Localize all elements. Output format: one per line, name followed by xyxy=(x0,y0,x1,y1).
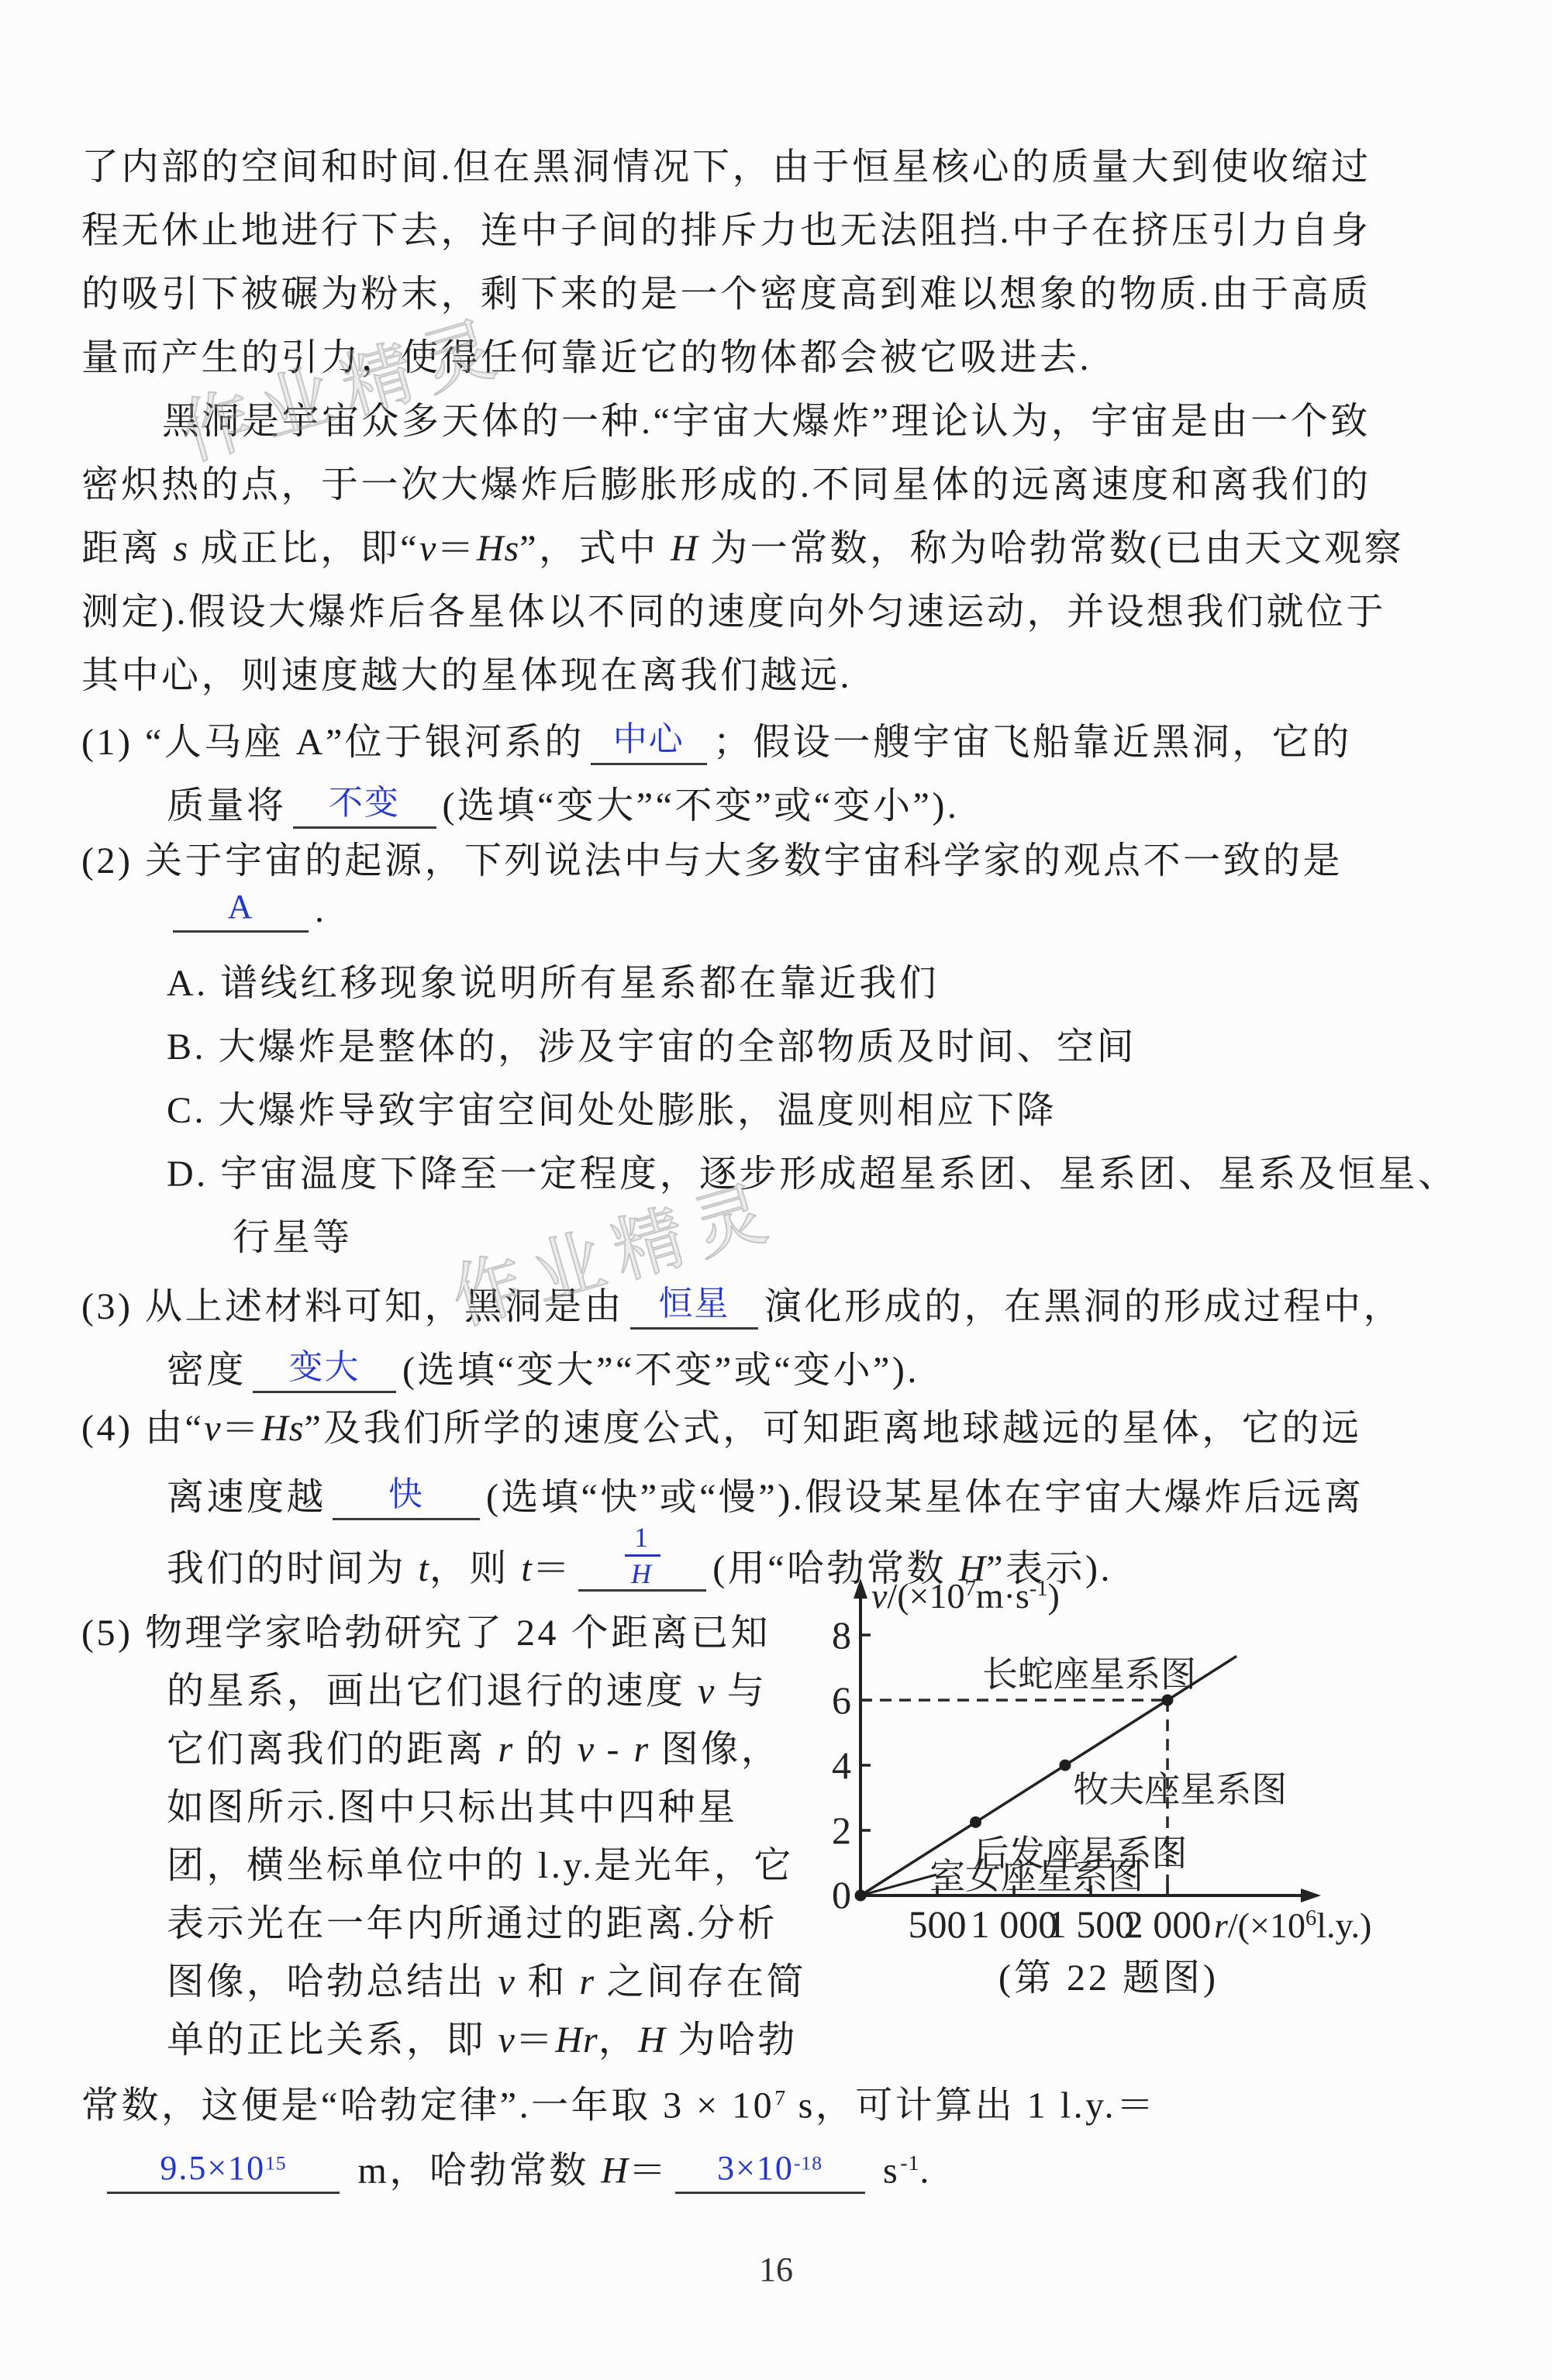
handwritten-answer: 恒星 xyxy=(630,1287,758,1321)
x-tick-label: 500 xyxy=(909,1902,967,1946)
answer-blank: 3×10-18 xyxy=(675,2144,865,2194)
question-4-line2: 离速度越快(选填“快”或“慢”).假设某星体在宇宙大爆炸后远离 xyxy=(167,1470,1364,1520)
chart-svg: 024685001 0001 5002 000v/(×107​m·s-1​)r/… xyxy=(822,1566,1399,1965)
data-point xyxy=(1059,1760,1071,1771)
question-5-line10: 9.5×1015 m，哈勃常数 H＝3×10-18 s-1. xyxy=(101,2141,932,2194)
question-5-line3: 它们离我们的距离 r 的 v - r 图像， xyxy=(167,1727,781,1772)
textbook-page: 了内部的空间和时间.但在黑洞情况下，由于恒星核心的质量大到使收缩过程无休止地进行… xyxy=(0,0,1552,2380)
question-5-line6: 表示光在一年内所通过的距离.分析 xyxy=(167,1902,778,1947)
handwritten-answer: 快 xyxy=(333,1478,480,1512)
hubble-chart: 024685001 0001 5002 000v/(×107​m·s-1​)r/… xyxy=(822,1566,1399,1965)
question-5-line2: 的星系，画出它们退行的速度 v 与 xyxy=(167,1669,767,1714)
para2-line4: 测定).假设大爆炸后各星体以不同的速度向外匀速运动，并设想我们就位于 xyxy=(81,590,1386,635)
question-1-line2: 质量将不变(选填“变大”“不变”或“变小”). xyxy=(167,778,959,829)
y-tick-label: 8 xyxy=(832,1613,851,1657)
handwritten-fraction-answer: 1H xyxy=(625,1523,660,1588)
question-5-line4: 如图所示.图中只标出其中四种星 xyxy=(167,1785,738,1830)
question-1-line1: (1) “人马座 A”位于银河系的中心；假设一艘宇宙飞船靠近黑洞，它的 xyxy=(81,715,1352,765)
data-point xyxy=(855,1890,867,1902)
para2-line2: 密炽热的点，于一次大爆炸后膨胀形成的.不同星体的远离速度和离我们的 xyxy=(81,463,1371,508)
handwritten-answer: 中心 xyxy=(591,723,707,757)
question-5-line8: 单的正比关系，即 v＝Hr，H 为哈勃 xyxy=(167,2018,798,2063)
question-2-answer-line: A. xyxy=(167,882,327,933)
handwritten-answer: A xyxy=(173,890,309,924)
option-a: A. 谱线红移现象说明所有星系都在靠近我们 xyxy=(167,961,939,1006)
galaxy-label: 牧夫座星系图 xyxy=(1073,1770,1287,1809)
chart-caption: (第 22 题图) xyxy=(876,1947,1341,2001)
y-axis-unit-label: v/(×107​m·s-1​) xyxy=(871,1576,1060,1616)
page-number: 16 xyxy=(0,2250,1552,2289)
option-d-line2: 行星等 xyxy=(233,1216,353,1261)
handwritten-answer: 3×10-18 xyxy=(675,2151,865,2185)
question-3-line1: (3) 从上述材料可知，黑洞是由恒星演化形成的，在黑洞的形成过程中， xyxy=(81,1279,1403,1330)
para1-line4: 量而产生的引力，使得任何靠近它的物体都会被它吸进去. xyxy=(81,336,1092,381)
answer-blank: 不变 xyxy=(293,778,436,829)
question-5-line7: 图像，哈勃总结出 v 和 r 之间存在简 xyxy=(167,1960,806,2005)
y-tick-label: 2 xyxy=(832,1809,851,1852)
answer-blank: 9.5×1015 xyxy=(107,2144,340,2194)
option-d: D. 宇宙温度下降至一定程度，逐步形成超星系团、星系团、星系及恒星、 xyxy=(167,1152,1458,1197)
handwritten-answer: 变大 xyxy=(253,1350,396,1385)
answer-blank: 1H xyxy=(578,1541,706,1592)
answer-blank: A xyxy=(173,882,309,933)
y-axis-arrow-icon xyxy=(854,1578,867,1599)
watermark: 作业精灵 xyxy=(167,289,517,480)
data-point xyxy=(1162,1695,1174,1706)
answer-blank: 变大 xyxy=(253,1343,396,1393)
y-tick-label: 0 xyxy=(832,1873,851,1916)
para1-line2: 程无休止地进行下去，连中子间的排斥力也无法阻挡.中子在挤压引力自身 xyxy=(81,209,1371,254)
x-tick-label: 1 500 xyxy=(1047,1902,1135,1946)
x-tick-label: 1 000 xyxy=(971,1902,1058,1946)
galaxy-label: 长蛇座星系图 xyxy=(982,1654,1196,1694)
option-b: B. 大爆炸是整体的，涉及宇宙的全部物质及时间、空间 xyxy=(167,1025,1136,1070)
virgo-leader-line xyxy=(860,1875,936,1895)
answer-blank: 恒星 xyxy=(630,1279,758,1330)
y-tick-label: 6 xyxy=(832,1678,851,1722)
x-axis-unit-label: r/(×106​l.y.) xyxy=(1214,1906,1371,1945)
question-5-line9: 常数，这便是“哈勃定律”.一年取 3 × 107 s，可计算出 1 l.y.＝ xyxy=(81,2076,1157,2129)
answer-blank: 中心 xyxy=(591,715,707,765)
para2-line1: 黑洞是宇宙众多天体的一种.“宇宙大爆炸”理论认为，宇宙是由一个致 xyxy=(162,399,1371,444)
data-point xyxy=(970,1816,981,1828)
x-tick-label: 2 000 xyxy=(1124,1902,1212,1946)
para2-line3: 距离 s 成正比，即“v＝Hs”，式中 H 为一常数，称为哈勃常数(已由天文观察 xyxy=(81,526,1404,571)
question-2-line1: (2) 关于宇宙的起源，下列说法中与大多数宇宙科学家的观点不一致的是 xyxy=(81,839,1343,884)
y-tick-label: 4 xyxy=(832,1744,851,1787)
para1-line3: 的吸引下被碾为粉末，剩下来的是一个密度高到难以想象的物质.由于高质 xyxy=(81,272,1371,317)
handwritten-answer: 不变 xyxy=(293,786,436,820)
option-c: C. 大爆炸导致宇宙空间处处膨胀，温度则相应下降 xyxy=(167,1088,1057,1133)
para1-line1: 了内部的空间和时间.但在黑洞情况下，由于恒星核心的质量大到使收缩过 xyxy=(81,145,1371,190)
question-4-line1: (4) 由“v＝Hs”及我们所学的速度公式，可知距离地球越远的星体，它的远 xyxy=(81,1406,1361,1451)
galaxy-label: 后发座星系图 xyxy=(974,1833,1188,1873)
handwritten-answer: 9.5×1015 xyxy=(107,2151,340,2185)
para2-line5: 其中心，则速度越大的星体现在离我们越远. xyxy=(81,654,852,698)
question-5-line5: 团，横坐标单位中的 l.y.是光年，它 xyxy=(167,1844,794,1888)
x-axis-arrow-icon xyxy=(1301,1888,1321,1902)
question-3-line2: 密度变大(选填“变大”“不变”或“变小”). xyxy=(167,1343,919,1393)
question-5-line1: (5) 物理学家哈勃研究了 24 个距离已知 xyxy=(81,1611,771,1656)
answer-blank: 快 xyxy=(333,1470,480,1520)
